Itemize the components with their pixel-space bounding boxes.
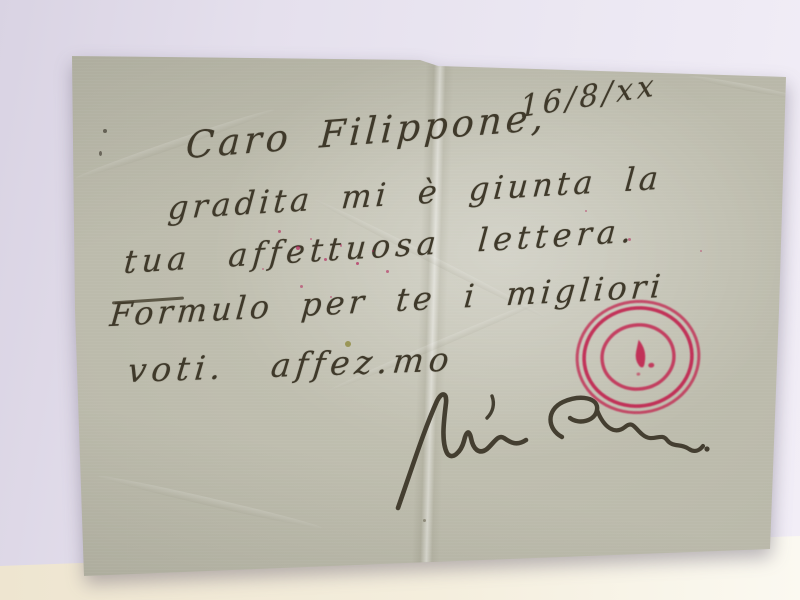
letter-body-line: Formulo per te i migliori (108, 267, 666, 334)
letter-body-line: voti. affez.mo (126, 340, 456, 391)
crease-line (97, 472, 323, 532)
crease-line (688, 73, 799, 100)
paper-speck (99, 151, 102, 156)
paper-shadow-wrap: 16/8/xx Caro Filippone, gradita mi è giu… (0, 0, 800, 600)
letter-salutation: Caro Filippone, (185, 95, 549, 167)
paper-speck (103, 129, 107, 133)
letter-paper: 16/8/xx Caro Filippone, gradita mi è giu… (0, 0, 800, 600)
ink-speckle (386, 270, 389, 273)
paper-speck (423, 519, 426, 522)
ink-speckle (585, 210, 587, 212)
photo-of-handwritten-letter: 16/8/xx Caro Filippone, gradita mi è giu… (0, 0, 800, 600)
ink-speckle (700, 250, 702, 252)
